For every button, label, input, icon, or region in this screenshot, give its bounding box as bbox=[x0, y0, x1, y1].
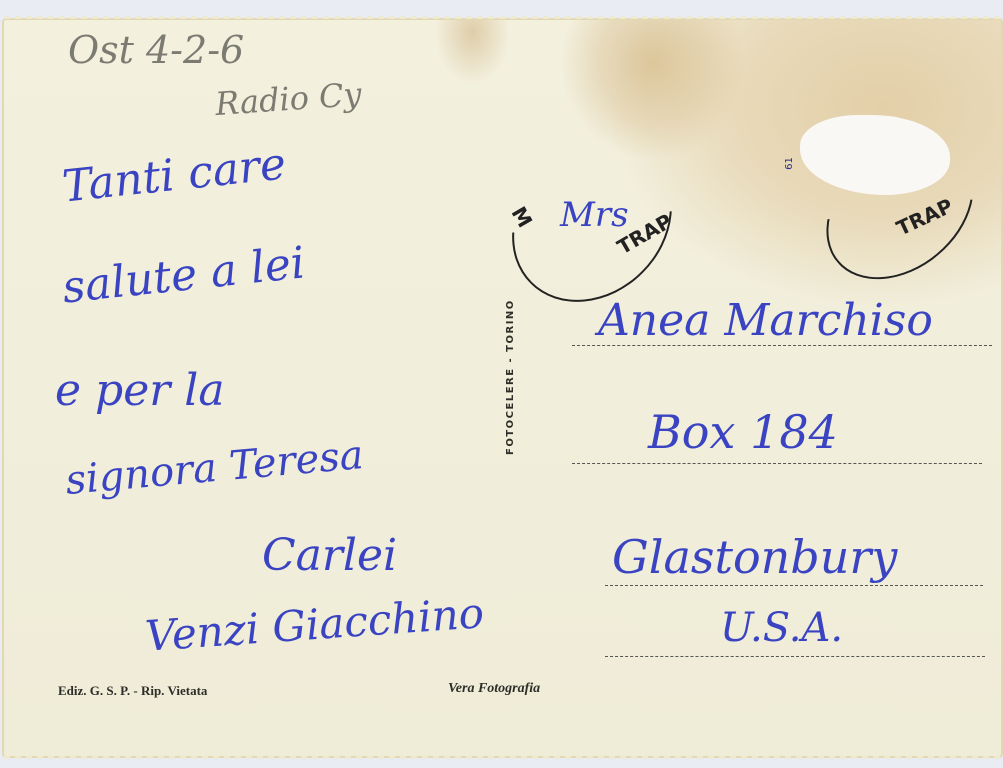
address-line-1 bbox=[572, 345, 992, 346]
address-line-3 bbox=[605, 585, 983, 586]
address-country: U.S.A. bbox=[720, 605, 843, 651]
address-city: Glastonbury bbox=[612, 530, 897, 584]
printer-credit: FOTOCELERE - TORINO bbox=[505, 299, 516, 455]
deckled-edge-bottom bbox=[2, 756, 1003, 762]
message-signature-1: Carlei bbox=[262, 530, 397, 581]
publisher-credit: Ediz. G. S. P. - Rip. Vietata bbox=[58, 683, 207, 699]
message-line-3: e per la bbox=[55, 365, 225, 416]
small-print-mark: 61 bbox=[784, 157, 795, 170]
address-line-2 bbox=[572, 463, 982, 464]
address-line-4 bbox=[605, 656, 985, 657]
deckled-edge-top bbox=[2, 13, 1003, 19]
pencil-note-reference: Ost 4-2-6 bbox=[68, 28, 244, 72]
address-box: Box 184 bbox=[648, 405, 838, 459]
address-prefix: Mrs bbox=[560, 195, 629, 235]
photo-label: Vera Fotografia bbox=[448, 681, 540, 697]
address-name: Anea Marchiso bbox=[598, 295, 933, 346]
